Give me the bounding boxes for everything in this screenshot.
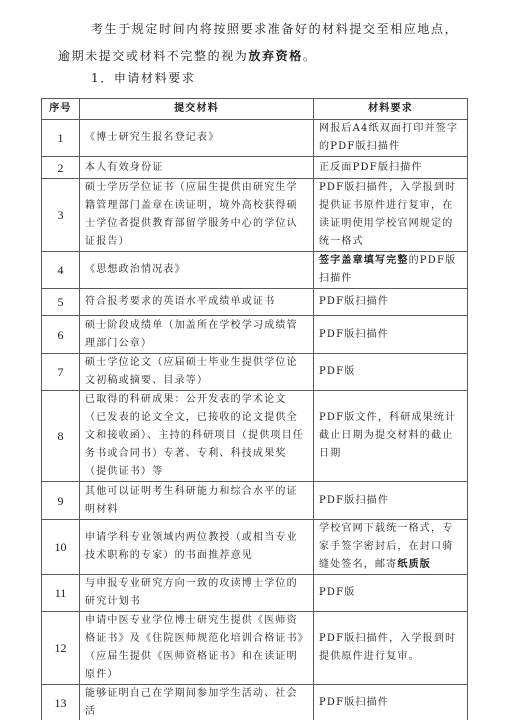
row-number: 5 <box>42 289 80 316</box>
row-requirement: PDF版文件，科研成果统计截止日期为提交材料的截止日期 <box>314 391 468 482</box>
row-number: 7 <box>42 354 80 391</box>
table-row: 2本人有效身份证正反面PDF版扫描件 <box>42 157 468 179</box>
row-requirement: 签字盖章填写完整的PDF版扫描件 <box>314 252 468 289</box>
requirement-text: PDF版扫描件 <box>319 296 389 307</box>
requirement-text: PDF版 <box>319 587 356 598</box>
row-requirement: PDF版扫描件 <box>314 482 468 520</box>
row-material: 其他可以证明考生科研能力和综合水平的证明材料 <box>80 482 314 520</box>
row-material: 《博士研究生报名登记表》 <box>80 120 314 157</box>
row-material: 本人有效身份证 <box>80 157 314 179</box>
intro-paragraph: 考生于规定时间内将按照要求准备好的材料提交至相应地点，逾期未提交或材料不完整的视… <box>58 16 468 70</box>
header-requirement: 材料要求 <box>314 99 468 120</box>
requirement-text: PDF版扫描件，入学报到时提供证书原件进行复审，在读证明使用学校官网规定的统一格… <box>319 182 456 247</box>
row-requirement: PDF版扫描件 <box>314 289 468 316</box>
header-no: 序号 <box>42 99 80 120</box>
row-requirement: PDF版扫描件 <box>314 685 468 720</box>
row-material: 能够证明自己在学期间参加学生活动、社会活 <box>80 685 314 720</box>
table-header-row: 序号 提交材料 材料要求 <box>42 99 468 120</box>
requirement-text: PDF版文件，科研成果统计截止日期为提交材料的截止日期 <box>319 412 456 459</box>
row-requirement: PDF版 <box>314 354 468 391</box>
row-number: 2 <box>42 157 80 179</box>
row-number: 1 <box>42 120 80 157</box>
row-requirement: PDF版扫描件 <box>314 316 468 354</box>
section-heading: 1．申请材料要求 <box>91 68 195 88</box>
row-number: 10 <box>42 520 80 575</box>
row-number: 8 <box>42 391 80 482</box>
materials-table: 序号 提交材料 材料要求 1《博士研究生报名登记表》网报后A4纸双面打印并签字的… <box>41 98 468 720</box>
requirement-text: PDF版扫描件 <box>319 697 389 708</box>
row-material: 硕士阶段成绩单（加盖所在学校学习成绩管理部门公章） <box>80 316 314 354</box>
row-number: 11 <box>42 575 80 612</box>
table-row: 10申请学科专业领域内两位教授（或相当专业技术职称的专家）的书面推荐意见学校官网… <box>42 520 468 575</box>
table-row: 6硕士阶段成绩单（加盖所在学校学习成绩管理部门公章）PDF版扫描件 <box>42 316 468 354</box>
header-material: 提交材料 <box>80 99 314 120</box>
requirement-text: PDF版 <box>319 366 356 377</box>
row-requirement: PDF版扫描件，入学报到时提供证书原件进行复审，在读证明使用学校官网规定的统一格… <box>314 179 468 252</box>
row-requirement: 网报后A4纸双面打印并签字的PDF版扫描件 <box>314 120 468 157</box>
row-number: 4 <box>42 252 80 289</box>
row-number: 3 <box>42 179 80 252</box>
row-material: 《思想政治情况表》 <box>80 252 314 289</box>
table-row: 4《思想政治情况表》签字盖章填写完整的PDF版扫描件 <box>42 252 468 289</box>
row-material: 硕士学历学位证书（应届生提供由研究生学籍管理部门盖章在读证明，境外高校获得硕士学… <box>80 179 314 252</box>
row-material: 符合报考要求的英语水平成绩单或证书 <box>80 289 314 316</box>
requirement-text: 网报后A4纸双面打印并签字的PDF版扫描件 <box>319 123 458 152</box>
table-row: 3硕士学历学位证书（应届生提供由研究生学籍管理部门盖章在读证明，境外高校获得硕士… <box>42 179 468 252</box>
row-number: 6 <box>42 316 80 354</box>
requirement-text: 学校官网下载统一格式，专家手签字密封后，在封口骑缝处签名，邮寄 <box>319 523 453 570</box>
row-requirement: PDF版扫描件，入学报到时提供原件进行复审。 <box>314 612 468 685</box>
table-row: 5符合报考要求的英语水平成绩单或证书PDF版扫描件 <box>42 289 468 316</box>
requirement-bold: 签字盖章填写完整 <box>319 255 409 266</box>
table-row: 12申请中医专业学位博士研究生提供《医师资格证书》及《住院医师规范化培训合格证书… <box>42 612 468 685</box>
row-material: 与申报专业研究方向一致的攻读博士学位的研究计划书 <box>80 575 314 612</box>
row-material: 已取得的科研成果：公开发表的学术论文（已发表的论文全文，已接收的论文提供全文和接… <box>80 391 314 482</box>
requirement-text: PDF版扫描件 <box>319 329 389 340</box>
table-row: 7硕士学位论文（应届硕士毕业生提供学位论文初稿或摘要、目录等）PDF版 <box>42 354 468 391</box>
row-number: 9 <box>42 482 80 520</box>
row-material: 申请学科专业领域内两位教授（或相当专业技术职称的专家）的书面推荐意见 <box>80 520 314 575</box>
table-row: 9其他可以证明考生科研能力和综合水平的证明材料PDF版扫描件 <box>42 482 468 520</box>
row-requirement: 学校官网下载统一格式，专家手签字密封后，在封口骑缝处签名，邮寄纸质版 <box>314 520 468 575</box>
requirement-text: 正反面PDF版扫描件 <box>319 162 423 173</box>
requirement-text: PDF版扫描件，入学报到时提供原件进行复审。 <box>319 633 456 662</box>
table-row: 11与申报专业研究方向一致的攻读博士学位的研究计划书PDF版 <box>42 575 468 612</box>
table-row: 1《博士研究生报名登记表》网报后A4纸双面打印并签字的PDF版扫描件 <box>42 120 468 157</box>
row-number: 13 <box>42 685 80 720</box>
row-material: 申请中医专业学位博士研究生提供《医师资格证书》及《住院医师规范化培训合格证书》（… <box>80 612 314 685</box>
table-row: 8已取得的科研成果：公开发表的学术论文（已发表的论文全文，已接收的论文提供全文和… <box>42 391 468 482</box>
row-requirement: 正反面PDF版扫描件 <box>314 157 468 179</box>
table-row: 13能够证明自己在学期间参加学生活动、社会活PDF版扫描件 <box>42 685 468 720</box>
intro-bold-text: 放弃资格 <box>248 49 302 63</box>
intro-text-end: 。 <box>303 49 317 63</box>
row-material: 硕士学位论文（应届硕士毕业生提供学位论文初稿或摘要、目录等） <box>80 354 314 391</box>
requirement-text: PDF版扫描件 <box>319 495 389 506</box>
row-requirement: PDF版 <box>314 575 468 612</box>
requirement-bold-tail: 纸质版 <box>397 559 431 570</box>
row-number: 12 <box>42 612 80 685</box>
